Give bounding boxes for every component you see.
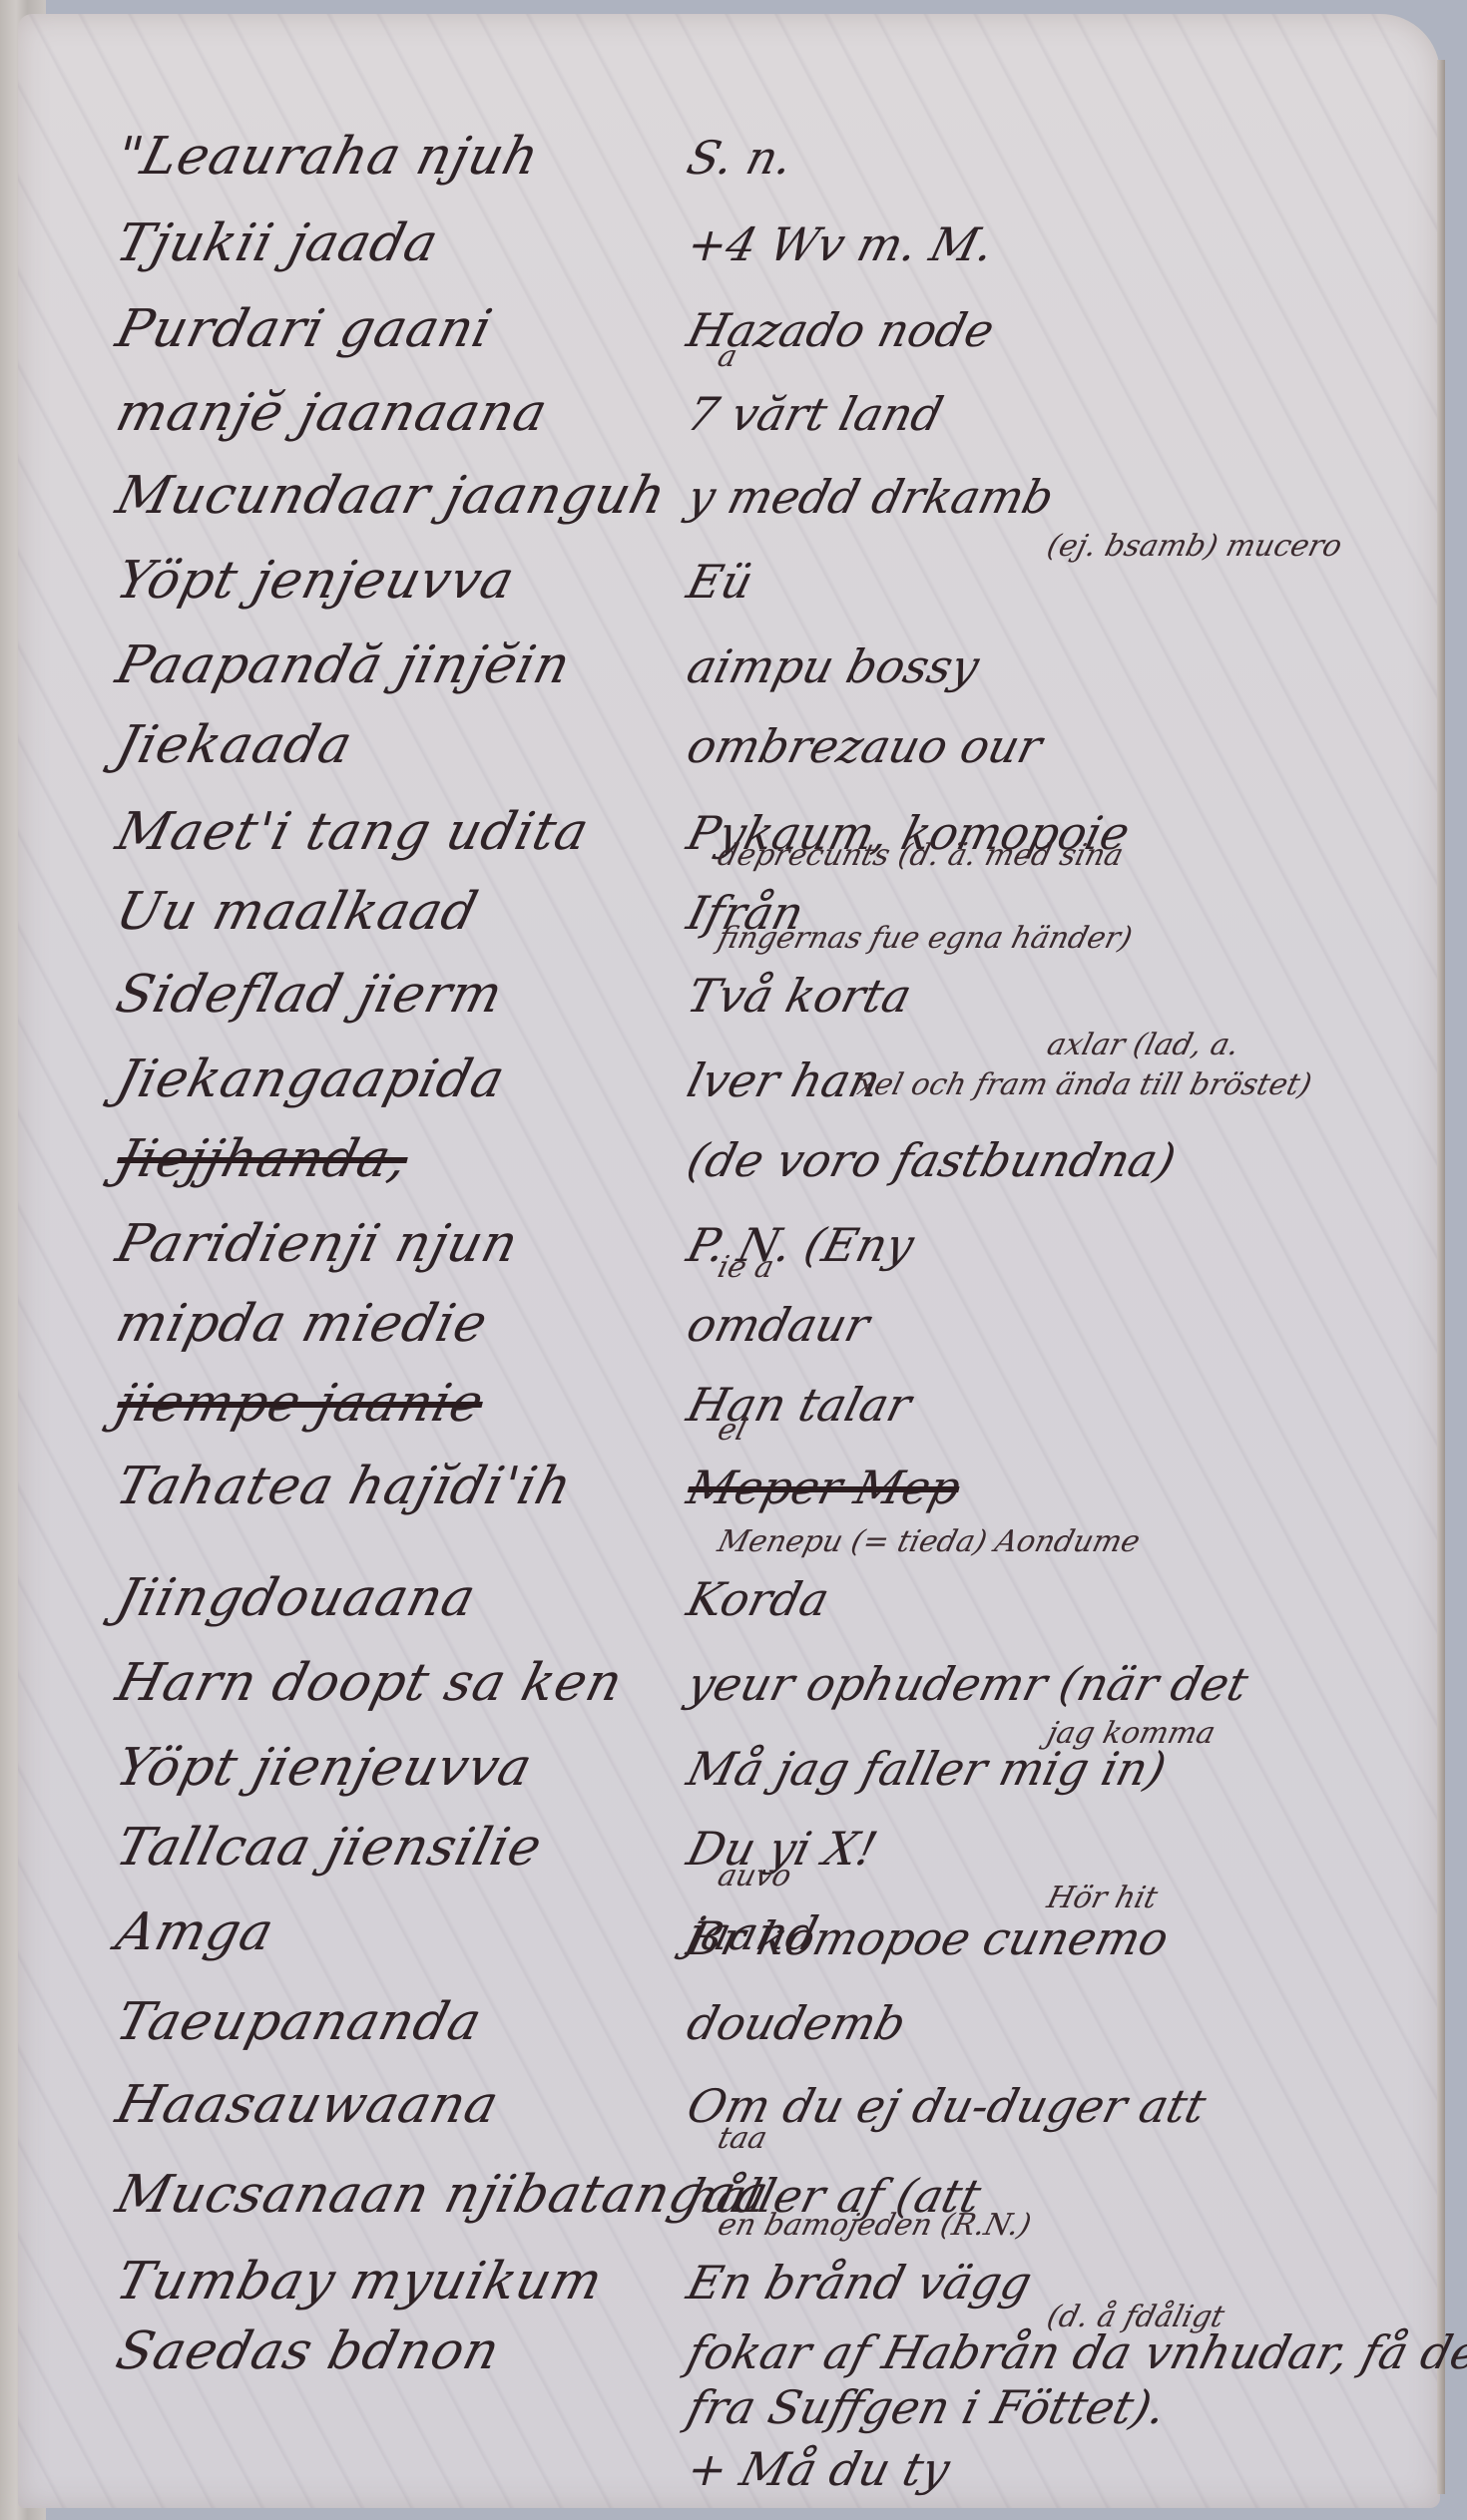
gloss-text: ombrezauo our xyxy=(682,719,1047,773)
sami-word: Paapandă jinjĕin xyxy=(111,635,577,695)
sami-word: Tallcaa jiensilie xyxy=(111,1818,549,1878)
interlinear-note: xel och fram ända till bröstet) xyxy=(854,1067,1315,1102)
gloss-text: Han talar xyxy=(682,1378,916,1432)
sami-word: manjĕ jaanaana xyxy=(111,383,554,443)
sami-word: Paridienji njun xyxy=(111,1214,525,1274)
margin-note: (ej. bsamb) mucero xyxy=(1044,529,1346,564)
gloss-text: Två korta xyxy=(682,969,917,1023)
sami-word: Tumbay myuikum xyxy=(111,2252,610,2311)
gloss-text: doudemb xyxy=(682,1996,911,2050)
sami-word: Uu maalkaad xyxy=(111,882,485,942)
sami-word: Jiingdouaana xyxy=(111,1568,482,1628)
gloss-text: P. N. (Eny xyxy=(682,1218,919,1272)
gloss-text: Korda xyxy=(682,1572,834,1626)
sami-word: Tjukii jaada xyxy=(111,213,445,273)
interlinear-note: en bamojeden (R.N.) xyxy=(715,2208,1035,2243)
page-edge xyxy=(1437,60,1445,2494)
sami-word: "Leauraha njuh xyxy=(111,127,546,187)
sami-word: Yöpt jienjeuvva xyxy=(111,1738,539,1798)
sami-word: Purdari gaani xyxy=(111,299,499,359)
sami-word: Jiekangaapida xyxy=(111,1050,512,1109)
sami-word: Mucsanaan njibatangaa xyxy=(111,2165,775,2225)
interlinear-note: Menepu (= tieda) Aondume xyxy=(715,1524,1144,1559)
sami-word: jiempe jaanie xyxy=(111,1374,490,1434)
gloss-text: + Må du ty xyxy=(682,2442,955,2496)
gloss-text: (de voro fastbundna) xyxy=(682,1133,1181,1187)
gloss-text: Br komopoe cunemo xyxy=(682,1911,1174,1965)
sami-word: Yöpt jenjeuvva xyxy=(111,551,521,611)
interlinear-note: fingernas fue egna händer) xyxy=(715,921,1136,956)
interlinear-note: deprecunts (d. ä. med sina xyxy=(715,838,1127,873)
sami-word: Haasauwaana xyxy=(111,2075,506,2135)
sami-word: Maet'i tang udita xyxy=(111,802,596,862)
margin-note: jag komma xyxy=(1044,1716,1220,1751)
gloss-text: yeur ophudemr (när det xyxy=(682,1657,1253,1711)
sami-word: Jiejjhanda, xyxy=(111,1129,415,1189)
sami-word: Taeupananda xyxy=(111,1992,488,2052)
gloss-text: 7 vărt land xyxy=(682,387,948,441)
sami-word: Sideflad jierm xyxy=(111,965,510,1025)
gloss-text: omdaur xyxy=(682,1298,874,1352)
interlinear-note: taa xyxy=(715,2121,771,2156)
gloss-text: +4 Wv m. M. xyxy=(682,217,999,271)
gloss-text: En brånd vägg xyxy=(682,2256,1037,2310)
sami-word: Tahatea hajĭdi'ih xyxy=(111,1457,579,1516)
sami-word: Mucundaar jaanguh xyxy=(111,466,673,526)
interlinear-note: ie a xyxy=(715,1250,778,1285)
sami-word: mipda miedie xyxy=(111,1294,494,1354)
gloss-text: S. n. xyxy=(682,131,798,185)
sami-word: Harn doopt sa ken xyxy=(111,1653,630,1713)
sami-word: Jiekaada xyxy=(111,715,359,775)
margin-note: Hör hit xyxy=(1044,1881,1162,1915)
gloss-text: fra Suffgen i Föttet). xyxy=(682,2380,1172,2434)
gloss-text: y medd drkamb xyxy=(682,470,1059,524)
gloss-text: aimpu bossy xyxy=(682,639,984,693)
margin-note: axlar (lad, a. xyxy=(1044,1028,1243,1062)
sami-word: Saedas bdnon xyxy=(111,2321,507,2381)
sami-word: Amga xyxy=(111,1902,280,1962)
gloss-text: Meper Mep xyxy=(682,1461,966,1514)
interlinear-note: auvo xyxy=(715,1859,795,1893)
margin-note: (d. å fdåligt xyxy=(1044,2300,1228,2334)
gloss-text: Eü xyxy=(682,555,758,609)
